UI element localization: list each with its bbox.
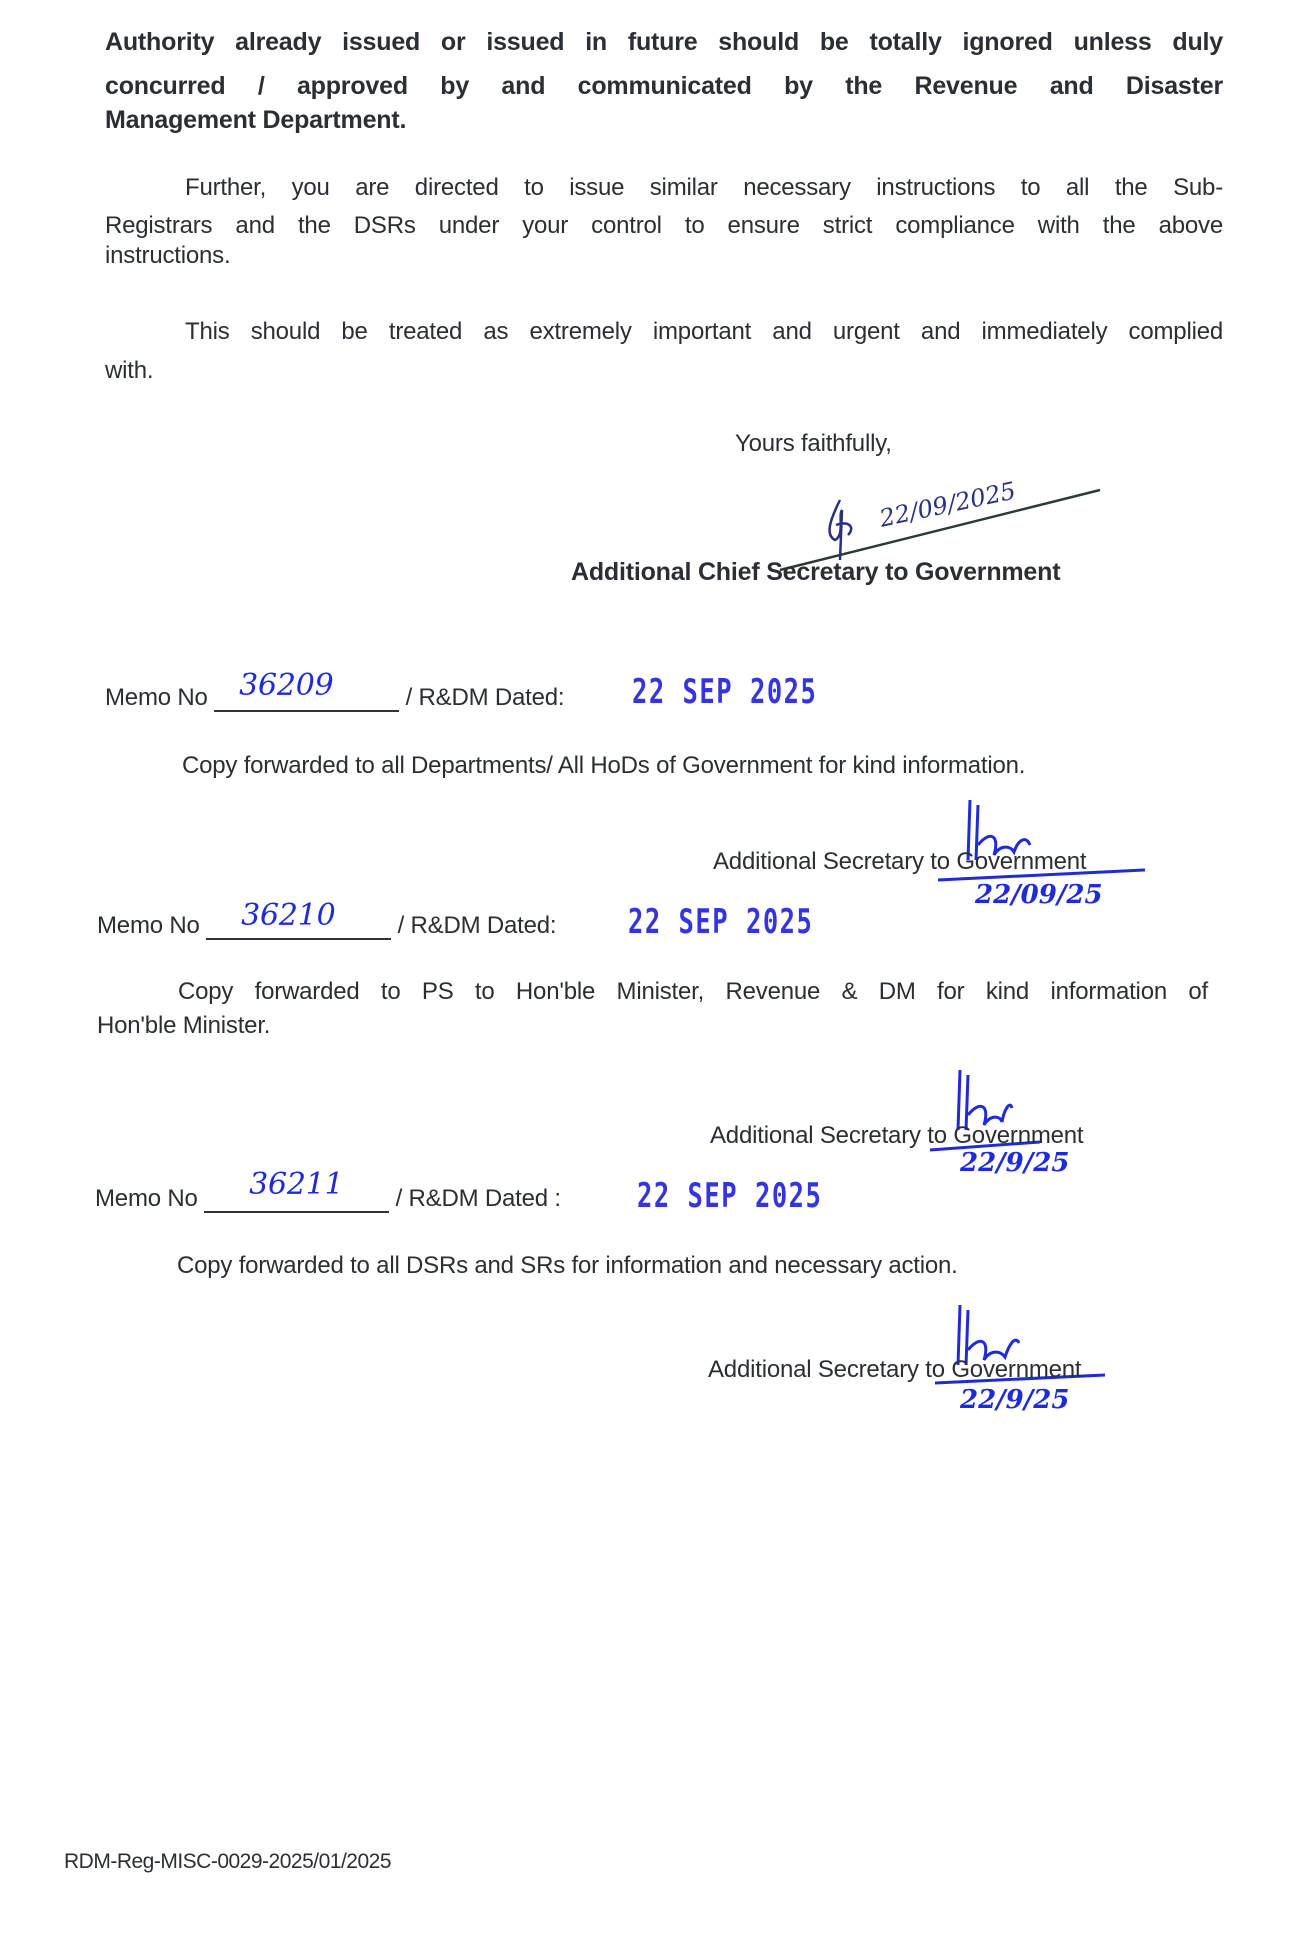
memo-2-label: Memo No	[97, 912, 200, 939]
memo-1-date-stamp: 22 SEP 2025	[632, 672, 817, 712]
memo-1-suffix: / R&DM Dated:	[406, 684, 565, 711]
memo-3-copy-line: Copy forwarded to all DSRs and SRs for i…	[177, 1252, 958, 1280]
memo-2-date-stamp: 22 SEP 2025	[628, 902, 813, 942]
acs-title: Additional Chief Secretary to Government	[571, 558, 1060, 586]
memo-3-label: Memo No	[95, 1185, 198, 1212]
memo-2-signature-date: 22/9/25	[960, 1148, 1069, 1178]
memo-3-suffix: / R&DM Dated :	[396, 1185, 561, 1212]
para3-line-1: This should be treated as extremely impo…	[185, 318, 1223, 346]
memo-3-number: 36211	[249, 1171, 343, 1199]
memo-1-number-field: 36209	[214, 684, 399, 712]
para1-line-3: Management Department.	[105, 106, 406, 134]
memo-2-number-field: 36210	[206, 912, 391, 940]
memo-2-copy-line-2: Hon'ble Minister.	[97, 1012, 270, 1040]
memo-2-suffix: / R&DM Dated:	[398, 912, 557, 939]
memo-3-date-stamp: 22 SEP 2025	[637, 1176, 822, 1216]
memo-3-signature-date: 22/9/25	[960, 1385, 1069, 1415]
memo-1-copy-line: Copy forwarded to all Departments/ All H…	[182, 752, 1025, 780]
memo-2-number: 36210	[241, 902, 335, 930]
footer-file-reference: RDM-Reg-MISC-0029-2025/01/2025	[64, 1850, 391, 1874]
para1-line-1: Authority already issued or issued in fu…	[105, 28, 1223, 56]
memo-1-number: 36209	[239, 672, 333, 700]
para2-line-3: instructions.	[105, 242, 230, 270]
para3-line-2: with.	[105, 357, 153, 385]
memo-1-signature-date: 22/09/25	[975, 880, 1103, 910]
memo-1-label: Memo No	[105, 684, 208, 711]
para2-line-1: Further, you are directed to issue simil…	[185, 174, 1223, 202]
closing-yours-faithfully: Yours faithfully,	[735, 430, 892, 458]
memo-2-copy-line-1: Copy forwarded to PS to Hon'ble Minister…	[178, 978, 1208, 1006]
memo-3-number-field: 36211	[204, 1185, 389, 1213]
memo-2-line: Memo No 36210 / R&DM Dated:	[97, 912, 556, 940]
memo-3-line: Memo No 36211 / R&DM Dated :	[95, 1185, 561, 1213]
memo-2-signatory: Additional Secretary to Government	[710, 1122, 1083, 1150]
para1-line-2: concurred / approved by and communicated…	[105, 72, 1223, 100]
memo-3-signatory: Additional Secretary to Government	[708, 1356, 1081, 1384]
para2-line-2: Registrars and the DSRs under your contr…	[105, 212, 1223, 240]
memo-1-line: Memo No 36209 / R&DM Dated:	[105, 684, 564, 712]
memo-1-signatory: Additional Secretary to Government	[713, 848, 1086, 876]
